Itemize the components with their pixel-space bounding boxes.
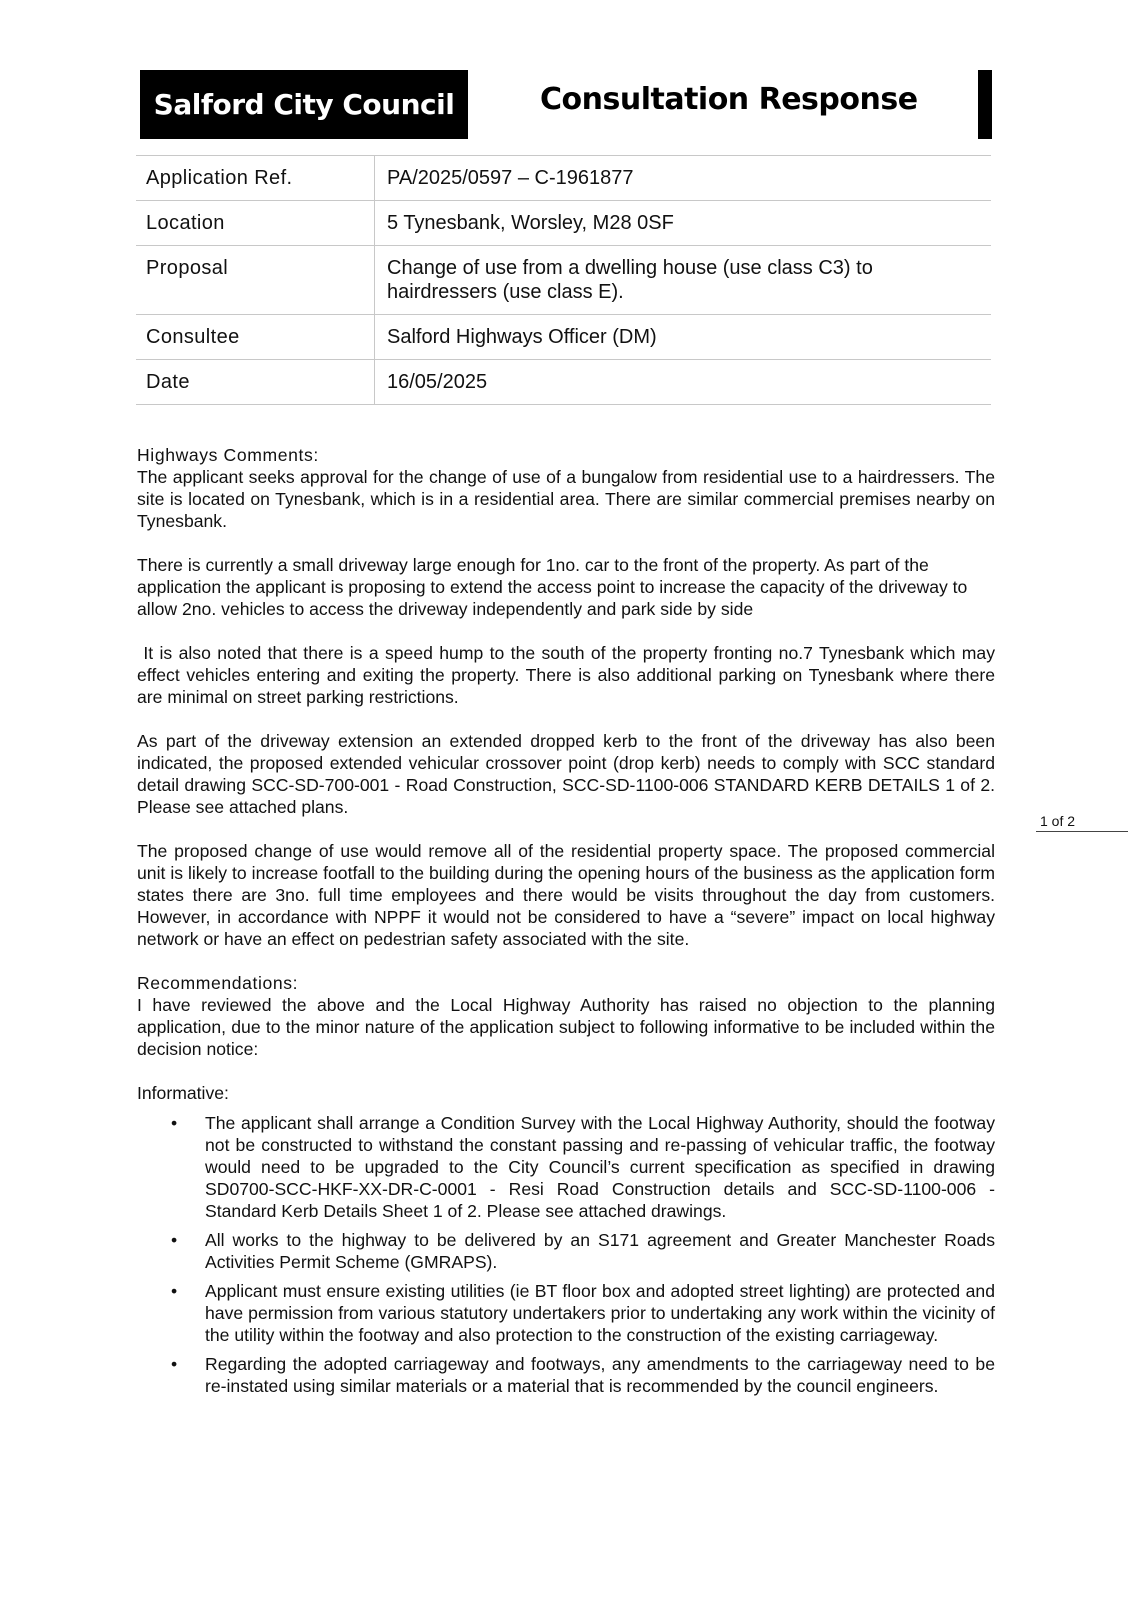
list-item-text: All works to the highway to be delivered… [205, 1230, 995, 1272]
list-item: •All works to the highway to be delivere… [205, 1229, 995, 1273]
detail-value: 16/05/2025 [375, 360, 992, 405]
highways-paragraph: There is currently a small driveway larg… [137, 554, 995, 620]
council-logo: Salford City Council [140, 70, 468, 139]
informative-list: •The applicant shall arrange a Condition… [137, 1112, 995, 1397]
bullet-icon: • [171, 1353, 177, 1375]
table-row: Application Ref. PA/2025/0597 – C-196187… [136, 156, 991, 201]
detail-value: Salford Highways Officer (DM) [375, 315, 992, 360]
bullet-icon: • [171, 1112, 177, 1134]
application-details-table: Application Ref. PA/2025/0597 – C-196187… [136, 155, 991, 405]
list-item-text: Regarding the adopted carriageway and fo… [205, 1354, 995, 1396]
detail-value: PA/2025/0597 – C-1961877 [375, 156, 992, 201]
recommendations-text: I have reviewed the above and the Local … [137, 994, 995, 1060]
detail-value: 5 Tynesbank, Worsley, M28 0SF [375, 201, 992, 246]
table-row: Location 5 Tynesbank, Worsley, M28 0SF [136, 201, 991, 246]
detail-value: Change of use from a dwelling house (use… [375, 246, 992, 315]
response-body: Highways Comments: The applicant seeks a… [137, 444, 995, 1404]
list-item-text: The applicant shall arrange a Condition … [205, 1113, 995, 1221]
table-row: Proposal Change of use from a dwelling h… [136, 246, 991, 315]
document-title: Consultation Response [540, 82, 918, 117]
document-page: Salford City Council Consultation Respon… [0, 0, 1132, 1600]
highways-paragraph: It is also noted that there is a speed h… [137, 642, 995, 708]
detail-label: Proposal [136, 246, 375, 315]
list-item: •The applicant shall arrange a Condition… [205, 1112, 995, 1222]
header-accent-bar [978, 70, 992, 139]
list-item: •Applicant must ensure existing utilitie… [205, 1280, 995, 1346]
table-row: Consultee Salford Highways Officer (DM) [136, 315, 991, 360]
table-row: Date 16/05/2025 [136, 360, 991, 405]
organisation-name: Salford City Council [154, 88, 455, 121]
highways-paragraph: The applicant seeks approval for the cha… [137, 466, 995, 532]
list-item: •Regarding the adopted carriageway and f… [205, 1353, 995, 1397]
informative-heading: Informative: [137, 1082, 995, 1104]
highways-paragraph: As part of the driveway extension an ext… [137, 730, 995, 818]
recommendations-heading: Recommendations: [137, 972, 995, 994]
detail-label: Application Ref. [136, 156, 375, 201]
list-item-text: Applicant must ensure existing utilities… [205, 1281, 995, 1345]
detail-label: Consultee [136, 315, 375, 360]
bullet-icon: • [171, 1229, 177, 1251]
page-indicator: 1 of 2 [1036, 813, 1128, 832]
highways-comments-heading: Highways Comments: [137, 444, 995, 466]
highways-paragraph: The proposed change of use would remove … [137, 840, 995, 950]
bullet-icon: • [171, 1280, 177, 1302]
detail-label: Location [136, 201, 375, 246]
detail-label: Date [136, 360, 375, 405]
